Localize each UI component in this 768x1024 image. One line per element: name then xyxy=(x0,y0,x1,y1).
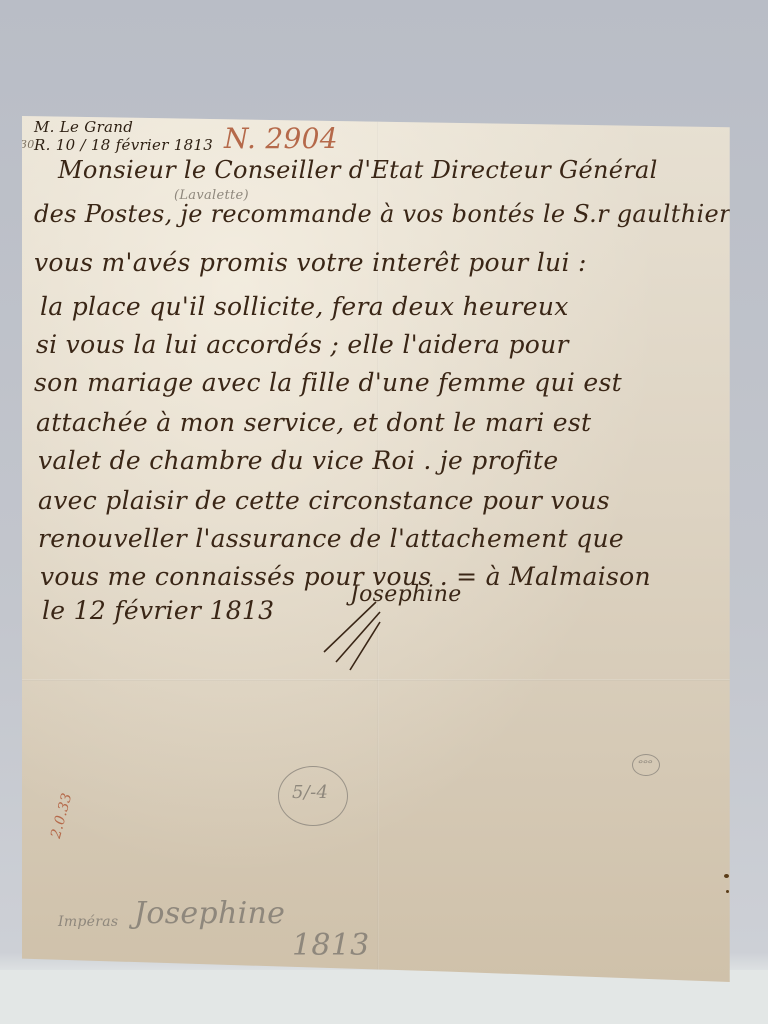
letter-paper: M. Le Grand R. 10 / 18 février 1813 30 N… xyxy=(22,116,734,982)
margin-note-received: R. 10 / 18 février 1813 xyxy=(34,136,213,154)
body-line-5: si vous la lui accordés ; elle l'aidera … xyxy=(36,330,569,359)
pencil-year: 1813 xyxy=(292,928,370,963)
horizontal-fold xyxy=(22,679,734,681)
body-line-4: la place qu'il sollicite, fera deux heur… xyxy=(40,292,569,321)
pencil-attribution-small: Impéras xyxy=(58,914,118,930)
signature-flourish-icon xyxy=(314,592,394,672)
body-line-10: renouveller l'assurance de l'attachement… xyxy=(38,524,624,553)
ink-stain xyxy=(726,890,729,893)
body-line-6: son mariage avec la fille d'une femme qu… xyxy=(34,368,622,397)
date-line: le 12 février 1813 xyxy=(42,596,274,625)
body-line-11: vous me connaissés pour vous . = à Malma… xyxy=(40,562,651,591)
body-line-8: valet de chambre du vice Roi . je profit… xyxy=(38,446,558,475)
margin-note-recipient: M. Le Grand xyxy=(34,118,133,136)
ink-stain xyxy=(724,874,729,878)
pencil-attribution-name: Josephine xyxy=(134,896,285,931)
body-line-3: vous m'avés promis votre interêt pour lu… xyxy=(34,248,587,277)
body-line-7: attachée à mon service, et dont le mari … xyxy=(36,408,591,437)
registration-number: N. 2904 xyxy=(224,122,338,155)
red-vertical-number: 2.0.33 xyxy=(48,791,75,840)
body-line-1: Monsieur le Conseiller d'Etat Directeur … xyxy=(58,156,658,184)
margin-edge-number: 30 xyxy=(20,138,35,151)
pencil-circled-number: 5/-4 xyxy=(292,782,328,803)
body-line-2: des Postes, je recommande à vos bontés l… xyxy=(34,200,731,228)
body-line-9: avec plaisir de cette circonstance pour … xyxy=(38,486,610,515)
pencil-small-number: ⴰⴰⴰ xyxy=(638,757,652,765)
